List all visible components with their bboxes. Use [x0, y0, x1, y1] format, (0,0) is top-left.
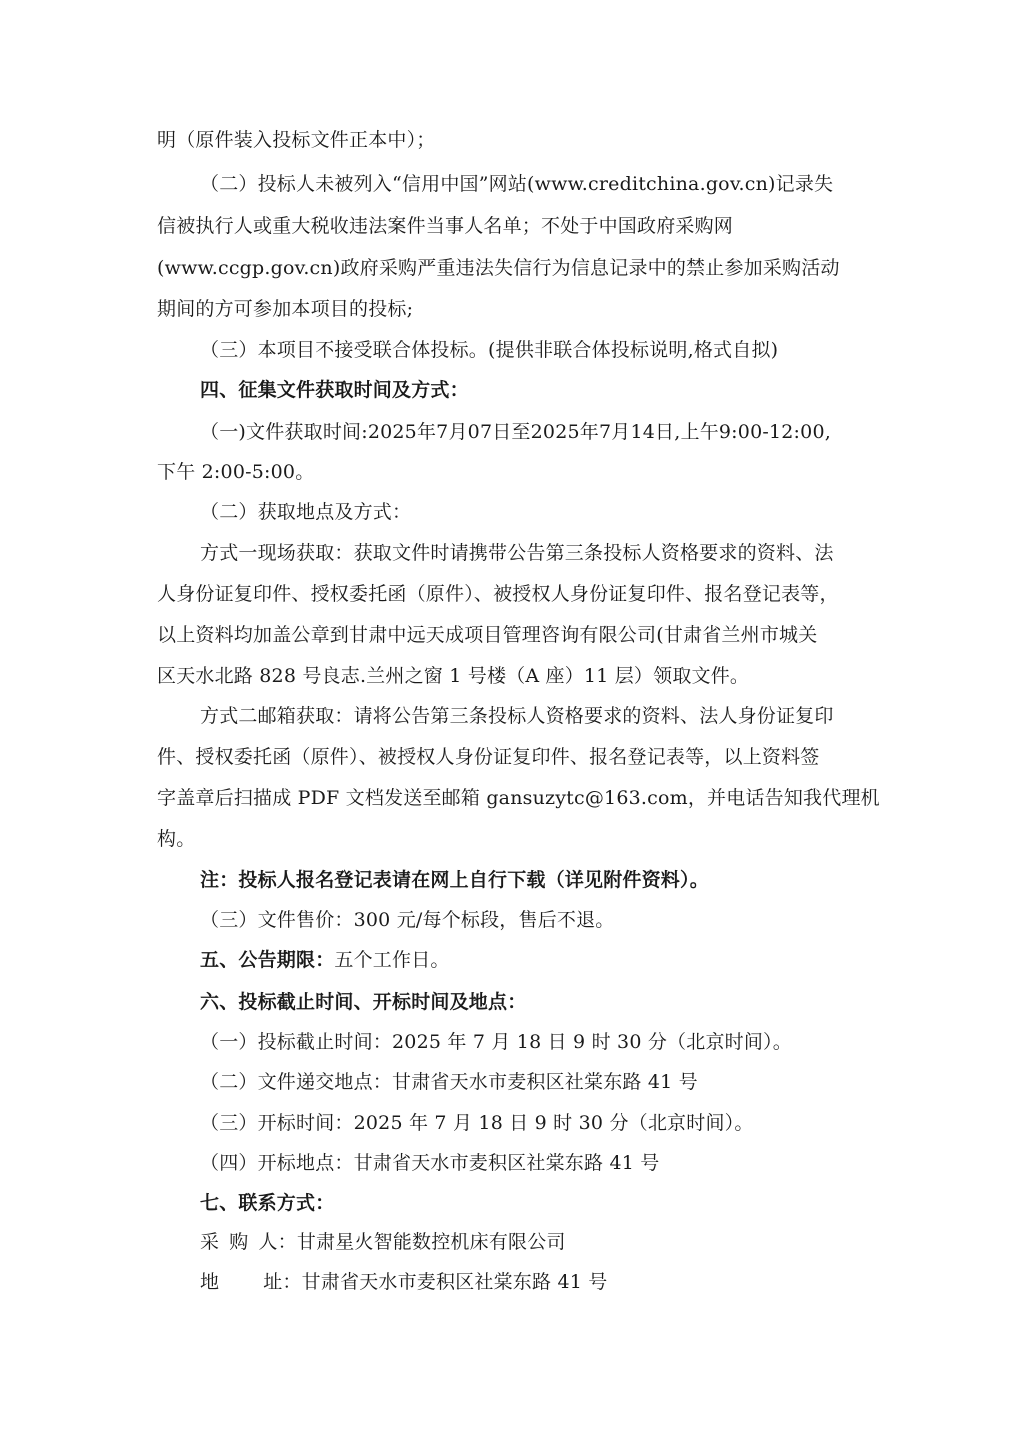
address-line: 地址：甘肃省天水市麦积区社棠东路 41 号	[200, 1270, 607, 1294]
section-heading-6: 六、投标截止时间、开标时间及地点：	[200, 990, 526, 1014]
text-line: 以上资料均加盖公章到甘肃中远天成项目管理咨询有限公司(甘肃省兰州市城关	[157, 623, 817, 647]
section-heading-7: 七、联系方式：	[200, 1191, 334, 1215]
text-line: (www.ccgp.gov.cn)政府采购严重违法失信行为信息记录中的禁止参加采…	[157, 256, 840, 280]
purchaser-value: 甘肃星火智能数控机床有限公司	[297, 1231, 566, 1253]
purchaser-line: 采购人：甘肃星火智能数控机床有限公司	[200, 1230, 566, 1254]
document-page: 明（原件装入投标文件正本中）； （二）投标人未被列入“信用中国”网站(www.c…	[0, 0, 1024, 1448]
purchaser-label-char: 购	[229, 1231, 248, 1253]
text-line: （一）投标截止时间：2025 年 7 月 18 日 9 时 30 分（北京时间）…	[200, 1030, 792, 1054]
text-line: 件、授权委托函（原件）、被授权人身份证复印件、报名登记表等，以上资料签	[157, 745, 820, 769]
text-line: （二）投标人未被列入“信用中国”网站(www.creditchina.gov.c…	[200, 172, 833, 196]
section-heading-5: 五、公告期限：	[200, 949, 334, 971]
address-value: 甘肃省天水市麦积区社棠东路 41 号	[302, 1271, 608, 1293]
address-label-char: 址：	[263, 1271, 301, 1293]
text-line: 方式二邮箱获取：请将公告第三条投标人资格要求的资料、法人身份证复印	[200, 704, 834, 728]
text-line: （三）开标时间：2025 年 7 月 18 日 9 时 30 分（北京时间）。	[200, 1111, 754, 1135]
text-line: 信被执行人或重大税收违法案件当事人名单；不处于中国政府采购网	[157, 214, 733, 238]
section-5-body: 五个工作日。	[334, 949, 449, 971]
note-line: 注：投标人报名登记表请在网上自行下载（详见附件资料）。	[200, 868, 709, 892]
address-label-char: 地	[200, 1271, 219, 1293]
section-5: 五、公告期限：五个工作日。	[200, 948, 450, 972]
text-line: 字盖章后扫描成 PDF 文档发送至邮箱 gansuzytc@163.com，并电…	[157, 786, 880, 810]
text-line: 方式一现场获取：获取文件时请携带公告第三条投标人资格要求的资料、法	[200, 541, 834, 565]
text-line: （二）获取地点及方式：	[200, 500, 411, 524]
text-line: （三）文件售价：300 元/每个标段，售后不退。	[200, 908, 615, 932]
section-heading-4: 四、征集文件获取时间及方式：	[200, 378, 469, 402]
purchaser-label-char: 人：	[258, 1231, 296, 1253]
purchaser-label-char: 采	[200, 1231, 219, 1253]
text-line: （二）文件递交地点：甘肃省天水市麦积区社棠东路 41 号	[200, 1070, 698, 1094]
text-line: （三）本项目不接受联合体投标。(提供非联合体投标说明,格式自拟)	[200, 338, 778, 362]
text-line: 人身份证复印件、授权委托函（原件）、被授权人身份证复印件、报名登记表等，	[157, 582, 839, 606]
text-line: 区天水北路 828 号良志.兰州之窗 1 号楼（A 座）11 层）领取文件。	[157, 664, 749, 688]
text-line: 下午 2:00-5:00。	[157, 460, 314, 484]
text-line: （一)文件获取时间:2025年7月07日至2025年7月14日,上午9:00-1…	[200, 420, 831, 444]
text-line: 构。	[157, 827, 195, 851]
text-line: 期间的方可参加本项目的投标;	[157, 297, 413, 321]
text-line: 明（原件装入投标文件正本中）；	[157, 128, 436, 152]
text-line: （四）开标地点：甘肃省天水市麦积区社棠东路 41 号	[200, 1151, 659, 1175]
